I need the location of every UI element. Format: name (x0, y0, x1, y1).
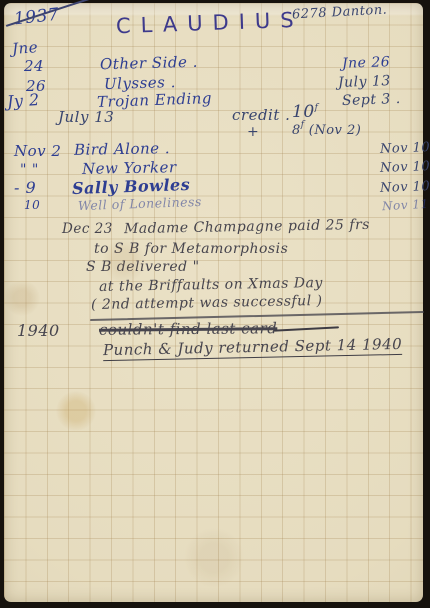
dec-note-date: Dec 23 (62, 223, 113, 237)
struck-out-note: couldn't find last card (99, 321, 277, 338)
credit-second-amount: 8f (Nov 2) (292, 121, 361, 137)
loan-row-returned: Nov 10 (380, 180, 430, 195)
credit-amount-value: 10 (292, 102, 315, 122)
loan-row-title: New Yorker (82, 160, 177, 177)
dec-note-line: Madame Champagne paid 25 frs (124, 218, 370, 236)
loan-row-title: Ulysses . (104, 75, 176, 92)
dec-note-line: S B delivered " (86, 260, 200, 274)
credit-label: credit . (232, 108, 290, 123)
loan-month-label: Jne (12, 40, 39, 57)
card-title-member-name: CLAUDIUS (116, 10, 304, 38)
loan-row-date: - 9 (14, 180, 36, 196)
loan-row-returned: Jne 26 (342, 55, 391, 71)
credit-amount-unit: f (315, 103, 318, 113)
loan-row-date: Nov 2 (14, 144, 61, 159)
credit-date: July 13 (58, 110, 114, 125)
loan-row-date: 24 (24, 59, 44, 74)
returned-note: Punch & Judy returned Sept 14 1940 (103, 337, 403, 361)
credit-second-note: (Nov 2) (309, 123, 362, 138)
loan-row-returned: Sept 3 . (342, 92, 401, 108)
credit-amount: 10f (292, 104, 318, 121)
dec-note-line: at the Briffaults on Xmas Day (99, 276, 323, 294)
loan-row-returned: July 13 (338, 74, 391, 90)
dec-note-line: to S B for Metamorphosis (94, 242, 288, 256)
lending-library-card: 1937 CLAUDIUS 6278 Danton. Jne 24 Other … (4, 3, 423, 602)
strike-extension-stroke (274, 326, 339, 331)
loan-row-returned: Nov 10 (380, 160, 430, 175)
loan-row-title: Bird Alone . (74, 141, 170, 158)
loan-row-title: Trojan Ending (97, 91, 212, 110)
loan-row-date-ditto: " " (20, 163, 39, 177)
library-card-photo: 1937 CLAUDIUS 6278 Danton. Jne 24 Other … (0, 0, 430, 608)
loan-row-date: 10 (24, 199, 40, 211)
credit-plus-sign: + (247, 125, 259, 139)
loan-row-title: Other Side . (100, 55, 198, 73)
credit-second-value: 8 (292, 123, 301, 138)
member-address: 6278 Danton. (292, 4, 388, 22)
loan-row-date: Jy 2 (6, 92, 40, 110)
loan-row-returned: Nov 10 (380, 141, 430, 156)
credit-second-unit: f (301, 120, 304, 130)
year-1940-label: 1940 (17, 323, 60, 339)
loan-row-returned: Nov 11 (382, 198, 429, 212)
loan-row-title: Well of Loneliness (78, 196, 202, 213)
dec-note-line: ( 2nd attempt was successful ) (91, 294, 323, 312)
